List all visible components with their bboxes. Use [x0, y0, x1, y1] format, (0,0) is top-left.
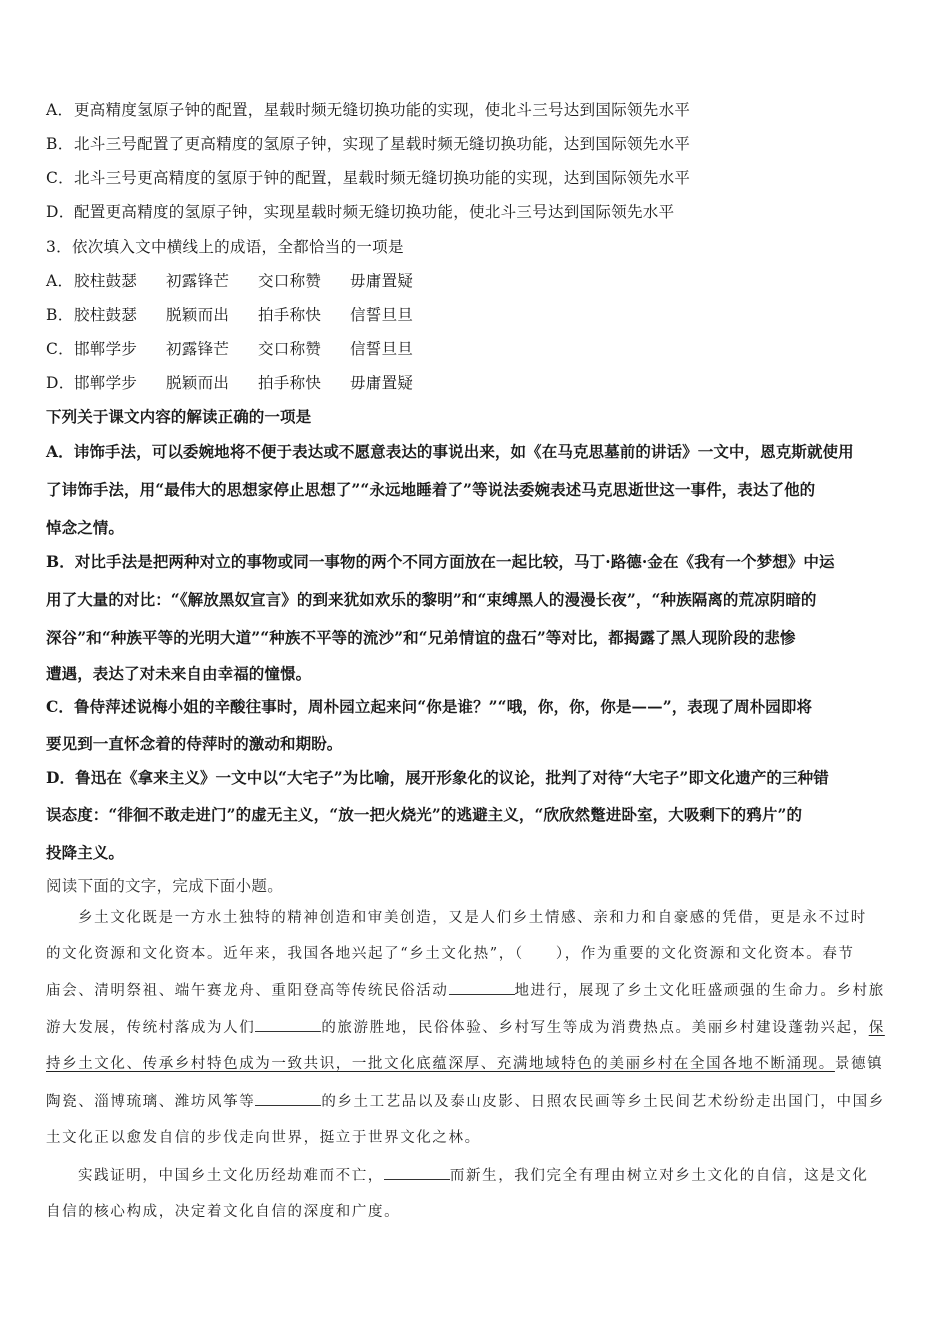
idiom: 毋庸置疑 [350, 373, 442, 393]
passage-p1-line1: 乡土文化既是一方水土独特的精神创造和审美创造，又是人们乡土情感、亲和力和自豪感的… [78, 908, 867, 928]
text-segment: 游大发展，传统村落成为人们 [46, 1020, 255, 1036]
passage-p1-line6: 陶瓷、淄博琉璃、潍坊风筝等的乡土工艺品以及泰山皮影、日照农民画等乡土民间艺术纷纷… [46, 1091, 885, 1112]
underlined-sentence: 持乡土文化、传承乡村特色成为一致共识，一批文化底蕴深厚、充满地域特色的美丽乡村在… [46, 1056, 835, 1072]
option-text: 北斗三号配置了更高精度的氢原子钟，实现了星载时频无缝切换功能，达到国际领先水平 [74, 135, 690, 153]
q3-option-a: A．胶柱鼓瑟初露锋芒交口称赞毋庸置疑 [46, 271, 442, 291]
text-segment: 陶瓷、淄博琉璃、潍坊风筝等 [46, 1094, 255, 1110]
q4-stem: 下列关于课文内容的解读正确的一项是 [46, 407, 311, 427]
option-label: C． [46, 168, 74, 188]
fill-blank-4 [384, 1165, 450, 1180]
q3-option-b: B．胶柱鼓瑟脱颖而出拍手称快信誓旦旦 [46, 305, 442, 325]
option-label: A． [46, 271, 74, 291]
passage-p1-line7: 土文化正以愈发自信的步伐走向世界，挺立于世界文化之林。 [46, 1128, 481, 1148]
passage-p2-line1: 实践证明，中国乡土文化历经劫难而不亡，而新生，我们完全有理由树立对乡土文化的自信… [78, 1165, 869, 1186]
idiom: 胶柱鼓瑟 [74, 271, 166, 291]
fill-blank-3 [255, 1091, 321, 1106]
option-label: C． [46, 339, 74, 359]
option-label: A． [46, 100, 74, 120]
idiom: 拍手称快 [258, 305, 350, 325]
idiom: 脱颖而出 [166, 373, 258, 393]
option-text: 配置更高精度的氢原子钟，实现星载时频无缝切换功能，使北斗三号达到国际领先水平 [74, 203, 674, 221]
idiom: 胶柱鼓瑟 [74, 305, 166, 325]
text-segment: 而新生，我们完全有理由树立对乡土文化的自信，这是文化 [450, 1168, 869, 1184]
idiom: 脱颖而出 [166, 305, 258, 325]
q4-option-d-line3: 投降主义。 [46, 843, 124, 863]
option-text: 对比手法是把两种对立的事物或同一事物的两个不同方面放在一起比较，马丁·路德·金在… [75, 552, 835, 571]
option-label: C． [46, 697, 74, 716]
q4-option-c-line2: 要见到一直怀念着的侍萍时的激动和期盼。 [46, 734, 342, 754]
passage-p1-line4: 游大发展，传统村落成为人们的旅游胜地，民俗体验、乡村写生等成为消费热点。美丽乡村… [46, 1017, 885, 1038]
text-segment: 的乡土工艺品以及泰山皮影、日照农民画等乡土民间艺术纷纷走出国门，中国乡 [321, 1094, 885, 1110]
q2-option-a: A．更高精度氢原子钟的配置，星载时频无缝切换功能的实现，使北斗三号达到国际领先水… [46, 100, 690, 120]
option-text: 鲁侍萍述说梅小姐的辛酸往事时，周朴园立起来问“你是谁？”“哦，你，你，你是——”… [74, 697, 812, 716]
underlined-sentence-start: 保 [869, 1020, 885, 1036]
idiom: 信誓旦旦 [350, 305, 442, 325]
q4-option-d-line1: D．鲁迅在《拿来主义》一文中以“大宅子”为比喻，展开形象化的议论，批判了对待“大… [46, 768, 829, 788]
idiom: 邯郸学步 [74, 373, 166, 393]
text-segment: 的旅游胜地，民俗体验、乡村写生等成为消费热点。美丽乡村建设蓬勃兴起， [321, 1020, 868, 1036]
q4-option-c-line1: C．鲁侍萍述说梅小姐的辛酸往事时，周朴园立起来问“你是谁？”“哦，你，你，你是—… [46, 697, 812, 717]
q4-option-b-line4: 遭遇，表达了对未来自由幸福的憧憬。 [46, 664, 311, 684]
q2-option-d: D．配置更高精度的氢原子钟，实现星载时频无缝切换功能，使北斗三号达到国际领先水平 [46, 202, 674, 222]
passage-p1-line3: 庙会、清明祭祖、端午赛龙舟、重阳登高等传统民俗活动地进行，展现了乡土文化旺盛顽强… [46, 980, 885, 1001]
q4-option-a-line1: A．讳饰手法，可以委婉地将不便于表达或不愿意表达的事说出来，如《在马克思墓前的讲… [46, 442, 854, 462]
idiom: 初露锋芒 [166, 339, 258, 359]
q3-stem: 3．依次填入文中横线上的成语，全都恰当的一项是 [46, 237, 404, 257]
idiom: 拍手称快 [258, 373, 350, 393]
q4-option-b-line1: B．对比手法是把两种对立的事物或同一事物的两个不同方面放在一起比较，马丁·路德·… [46, 552, 835, 572]
option-label: D． [46, 768, 75, 787]
option-label: D． [46, 373, 74, 393]
idiom: 毋庸置疑 [350, 271, 442, 291]
q3-option-c: C．邯郸学步初露锋芒交口称赞信誓旦旦 [46, 339, 442, 359]
idiom: 交口称赞 [258, 339, 350, 359]
fill-blank-2 [255, 1017, 321, 1032]
fill-blank-1 [449, 980, 515, 995]
text-segment: 庙会、清明祭祖、端午赛龙舟、重阳登高等传统民俗活动 [46, 983, 449, 999]
q2-option-b: B．北斗三号配置了更高精度的氢原子钟，实现了星载时频无缝切换功能，达到国际领先水… [46, 134, 690, 154]
reading-instruction: 阅读下面的文字，完成下面小题。 [46, 876, 283, 896]
text-segment: 实践证明，中国乡土文化历经劫难而不亡， [78, 1168, 384, 1184]
q3-option-d: D．邯郸学步脱颖而出拍手称快毋庸置疑 [46, 373, 442, 393]
option-text: 鲁迅在《拿来主义》一文中以“大宅子”为比喻，展开形象化的议论，批判了对待“大宅子… [75, 768, 829, 787]
q4-option-b-line3: 深谷”和“种族平等的光明大道”“种族不平等的流沙”和“兄弟情谊的盘石”等对比，都… [46, 628, 796, 648]
option-text: 讳饰手法，可以委婉地将不便于表达或不愿意表达的事说出来，如《在马克思墓前的讲话》… [74, 442, 854, 461]
passage-p1-line5: 持乡土文化、传承乡村特色成为一致共识，一批文化底蕴深厚、充满地域特色的美丽乡村在… [46, 1054, 883, 1074]
text-segment: 景德镇 [835, 1056, 883, 1072]
option-label: B． [46, 134, 74, 154]
q2-option-c: C．北斗三号更高精度的氢原于钟的配置，星载时频无缝切换功能的实现，达到国际领先水… [46, 168, 690, 188]
option-label: A． [46, 442, 74, 461]
q4-option-d-line2: 误态度：“徘徊不敢走进门”的虚无主义，“放一把火烧光”的逃避主义，“欣欣然蹩进卧… [46, 805, 802, 825]
idiom: 邯郸学步 [74, 339, 166, 359]
option-label: B． [46, 305, 74, 325]
q4-option-b-line2: 用了大量的对比：“《解放黑奴宣言》的到来犹如欢乐的黎明”和“束缚黑人的漫漫长夜”… [46, 590, 817, 610]
q4-option-a-line2: 了讳饰手法，用“最伟大的思想家停止思想了”“永远地睡着了”等说法委婉表述马克思逝… [46, 480, 815, 500]
option-text: 北斗三号更高精度的氢原于钟的配置，星载时频无缝切换功能的实现，达到国际领先水平 [74, 169, 690, 187]
text-segment: 地进行，展现了乡土文化旺盛顽强的生命力。乡村旅 [515, 983, 885, 999]
q4-option-a-line3: 悼念之情。 [46, 518, 124, 538]
option-text: 更高精度氢原子钟的配置，星载时频无缝切换功能的实现，使北斗三号达到国际领先水平 [74, 101, 690, 119]
option-label: D． [46, 202, 74, 222]
idiom: 信誓旦旦 [350, 339, 442, 359]
passage-p1-line2: 的文化资源和文化资本。近年来，我国各地兴起了“乡土文化热”，（ ），作为重要的文… [46, 944, 855, 964]
idiom: 初露锋芒 [166, 271, 258, 291]
idiom: 交口称赞 [258, 271, 350, 291]
option-label: B． [46, 552, 75, 571]
passage-p2-line2: 自信的核心构成，决定着文化自信的深度和广度。 [46, 1202, 400, 1222]
